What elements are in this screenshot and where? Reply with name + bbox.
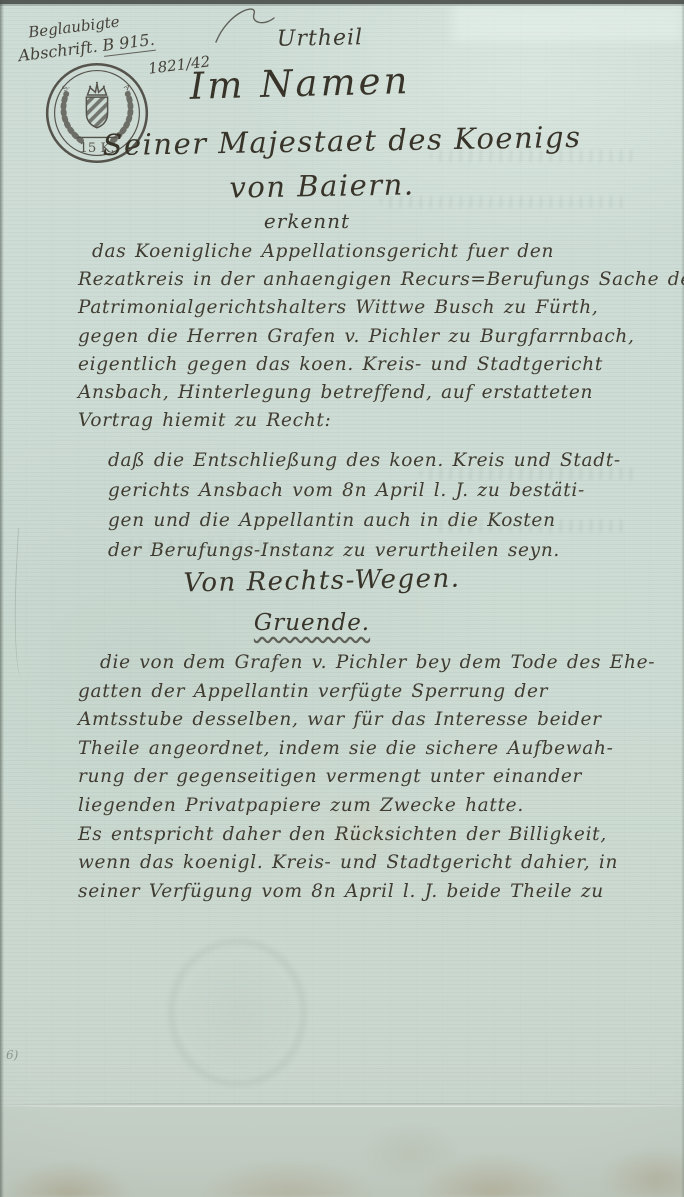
tenor-paragraph: daß die Entschließung des koen. Kreis un… xyxy=(108,446,621,566)
scan-edge-top xyxy=(0,0,684,4)
handwritten-line: eigentlich gegen das koen. Kreis- und St… xyxy=(78,351,684,379)
scan-edge-top-shadow xyxy=(0,4,684,6)
handwritten-line: Rezatkreis in der anhaengigen Recurs=Ber… xyxy=(78,266,684,294)
handwritten-line: liegenden Privatpapiere zum Zwecke hatte… xyxy=(78,792,655,821)
grounds-paragraph: die von dem Grafen v. Pichler bey dem To… xyxy=(78,649,655,906)
handwritten-line: seiner Verfügung vom 8n April l. J. beid… xyxy=(78,878,655,907)
handwritten-line: Patrimonialgerichtshalters Wittwe Busch … xyxy=(78,294,684,322)
grounds-heading: Gruende. xyxy=(0,610,624,636)
handwritten-line: Es entspricht daher den Rücksichten der … xyxy=(78,821,655,850)
handwritten-line: Theile angeordnet, indem sie die sichere… xyxy=(78,735,655,764)
invocation-line-3: von Baiern. xyxy=(0,163,644,208)
paper-crease-hairline xyxy=(10,528,33,679)
handwritten-line: Amtsstube desselben, war für das Interes… xyxy=(78,706,655,735)
handwritten-line: daß die Entschließung des koen. Kreis un… xyxy=(108,446,621,476)
handwritten-line: rung der gegenseitigen vermengt unter ei… xyxy=(78,763,655,792)
handwritten-line: gatten der Appellantin verfügte Sperrung… xyxy=(78,678,655,707)
pencil-corner-mark: 6) xyxy=(6,1048,18,1062)
handwritten-line: die von dem Grafen v. Pichler bey dem To… xyxy=(78,649,655,678)
handwritten-line: gegen die Herren Grafen v. Pichler zu Bu… xyxy=(78,323,684,351)
fold-crease-line xyxy=(0,1103,684,1107)
verdict-paragraph: das Koenigliche Appellationsgericht fuer… xyxy=(78,238,684,435)
handwritten-line: gen und die Appellantin auch in die Kost… xyxy=(108,506,621,536)
bottom-fold-band xyxy=(0,1107,684,1197)
handwritten-line: wenn das koenigl. Kreis- und Stadtgerich… xyxy=(78,849,655,878)
handwritten-line: Vortrag hiemit zu Recht: xyxy=(78,407,684,435)
paper-watermark xyxy=(168,938,307,1087)
manuscript-page: Beglaubigte Abschrift. B 915. 1821/42 15… xyxy=(0,0,684,1197)
handwritten-line: gerichts Ansbach vom 8n April l. J. zu b… xyxy=(108,476,621,506)
handwritten-line: Ansbach, Hinterlegung betreffend, auf er… xyxy=(78,379,684,407)
verb-erkennt: erkennt xyxy=(0,209,614,233)
law-formula: Von Rechts-Wegen. xyxy=(0,560,644,601)
handwritten-line: das Koenigliche Appellationsgericht fuer… xyxy=(78,238,684,266)
